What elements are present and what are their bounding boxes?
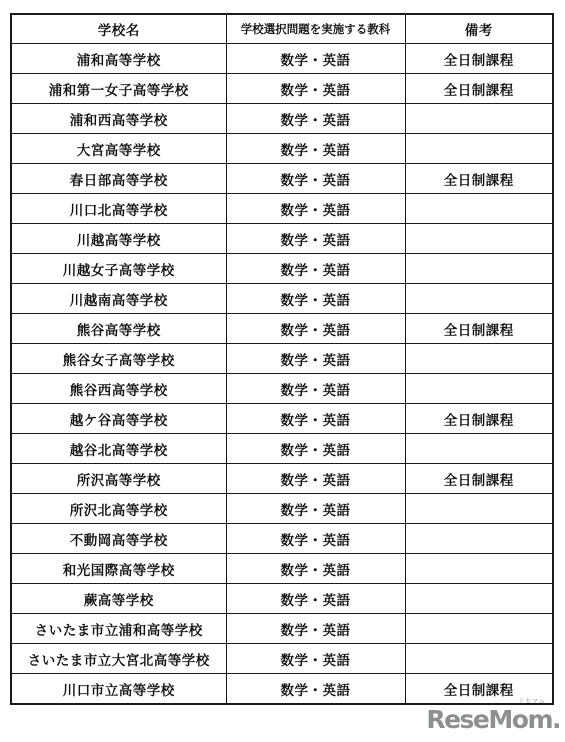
page: 学校名 学校選択問題を実施する教科 備考 浦和高等学校数学・英語全日制課程浦和第… xyxy=(0,0,565,742)
note-cell xyxy=(405,374,553,404)
note-cell xyxy=(405,584,553,614)
table-row: 大宮高等学校数学・英語 xyxy=(11,134,553,164)
school-cell: 不動岡高等学校 xyxy=(11,524,226,554)
school-cell: 越谷北高等学校 xyxy=(11,434,226,464)
note-cell xyxy=(405,224,553,254)
note-cell xyxy=(405,644,553,674)
school-cell: 所沢北高等学校 xyxy=(11,494,226,524)
school-cell: 川越女子高等学校 xyxy=(11,254,226,284)
note-cell xyxy=(405,494,553,524)
subjects-cell: 数学・英語 xyxy=(226,554,405,584)
table-row: 越谷北高等学校数学・英語 xyxy=(11,434,553,464)
school-cell: 春日部高等学校 xyxy=(11,164,226,194)
table-row: 和光国際高等学校数学・英語 xyxy=(11,554,553,584)
note-cell xyxy=(405,614,553,644)
school-cell: 浦和西高等学校 xyxy=(11,104,226,134)
note-cell xyxy=(405,194,553,224)
resemom-logo: リセマム ReseMom. xyxy=(448,700,560,732)
subjects-cell: 数学・英語 xyxy=(226,404,405,434)
subjects-cell: 数学・英語 xyxy=(226,254,405,284)
table-row: 越ケ谷高等学校数学・英語全日制課程 xyxy=(11,404,553,434)
subjects-cell: 数学・英語 xyxy=(226,644,405,674)
table-header: 学校名 学校選択問題を実施する教科 備考 xyxy=(11,14,553,44)
note-cell: 全日制課程 xyxy=(405,314,553,344)
school-cell: さいたま市立大宮北高等学校 xyxy=(11,644,226,674)
subjects-cell: 数学・英語 xyxy=(226,524,405,554)
table-body: 浦和高等学校数学・英語全日制課程浦和第一女子高等学校数学・英語全日制課程浦和西高… xyxy=(11,44,553,705)
subjects-cell: 数学・英語 xyxy=(226,344,405,374)
table-row: 蕨高等学校数学・英語 xyxy=(11,584,553,614)
column-header-school-name: 学校名 xyxy=(11,14,226,44)
subjects-cell: 数学・英語 xyxy=(226,224,405,254)
subjects-cell: 数学・英語 xyxy=(226,674,405,705)
school-cell: 蕨高等学校 xyxy=(11,584,226,614)
logo-wordmark: ReseMom. xyxy=(426,707,560,732)
table-row: 川越女子高等学校数学・英語 xyxy=(11,254,553,284)
note-cell xyxy=(405,254,553,284)
school-cell: さいたま市立浦和高等学校 xyxy=(11,614,226,644)
subjects-cell: 数学・英語 xyxy=(226,74,405,104)
table-row: 不動岡高等学校数学・英語 xyxy=(11,524,553,554)
school-cell: 所沢高等学校 xyxy=(11,464,226,494)
note-cell xyxy=(405,434,553,464)
table-row: 川口北高等学校数学・英語 xyxy=(11,194,553,224)
subjects-cell: 数学・英語 xyxy=(226,284,405,314)
school-cell: 浦和高等学校 xyxy=(11,44,226,74)
school-cell: 川越高等学校 xyxy=(11,224,226,254)
subjects-cell: 数学・英語 xyxy=(226,434,405,464)
subjects-cell: 数学・英語 xyxy=(226,614,405,644)
note-cell xyxy=(405,134,553,164)
note-cell: 全日制課程 xyxy=(405,74,553,104)
school-cell: 川口北高等学校 xyxy=(11,194,226,224)
note-cell xyxy=(405,344,553,374)
subjects-cell: 数学・英語 xyxy=(226,44,405,74)
note-cell xyxy=(405,524,553,554)
school-cell: 川越南高等学校 xyxy=(11,284,226,314)
table-row: 川越高等学校数学・英語 xyxy=(11,224,553,254)
table-row: 春日部高等学校数学・英語全日制課程 xyxy=(11,164,553,194)
table-row: 所沢北高等学校数学・英語 xyxy=(11,494,553,524)
school-selection-table: 学校名 学校選択問題を実施する教科 備考 浦和高等学校数学・英語全日制課程浦和第… xyxy=(10,13,554,705)
school-cell: 浦和第一女子高等学校 xyxy=(11,74,226,104)
school-cell: 熊谷女子高等学校 xyxy=(11,344,226,374)
note-cell xyxy=(405,104,553,134)
note-cell xyxy=(405,284,553,314)
table-row: 浦和高等学校数学・英語全日制課程 xyxy=(11,44,553,74)
table-row: さいたま市立大宮北高等学校数学・英語 xyxy=(11,644,553,674)
subjects-cell: 数学・英語 xyxy=(226,134,405,164)
subjects-cell: 数学・英語 xyxy=(226,104,405,134)
note-cell: 全日制課程 xyxy=(405,44,553,74)
note-cell: 全日制課程 xyxy=(405,164,553,194)
table-row: 川越南高等学校数学・英語 xyxy=(11,284,553,314)
table-row: 熊谷女子高等学校数学・英語 xyxy=(11,344,553,374)
school-cell: 熊谷高等学校 xyxy=(11,314,226,344)
subjects-cell: 数学・英語 xyxy=(226,314,405,344)
note-cell: 全日制課程 xyxy=(405,464,553,494)
header-row: 学校名 学校選択問題を実施する教科 備考 xyxy=(11,14,553,44)
subjects-cell: 数学・英語 xyxy=(226,584,405,614)
table-row: さいたま市立浦和高等学校数学・英語 xyxy=(11,614,553,644)
table-row: 熊谷西高等学校数学・英語 xyxy=(11,374,553,404)
table-row: 所沢高等学校数学・英語全日制課程 xyxy=(11,464,553,494)
school-cell: 越ケ谷高等学校 xyxy=(11,404,226,434)
subjects-cell: 数学・英語 xyxy=(226,494,405,524)
note-cell xyxy=(405,554,553,584)
column-header-subjects: 学校選択問題を実施する教科 xyxy=(226,14,405,44)
subjects-cell: 数学・英語 xyxy=(226,374,405,404)
table-row: 浦和第一女子高等学校数学・英語全日制課程 xyxy=(11,74,553,104)
school-cell: 川口市立高等学校 xyxy=(11,674,226,705)
school-cell: 和光国際高等学校 xyxy=(11,554,226,584)
table-row: 浦和西高等学校数学・英語 xyxy=(11,104,553,134)
school-cell: 熊谷西高等学校 xyxy=(11,374,226,404)
table-row: 熊谷高等学校数学・英語全日制課程 xyxy=(11,314,553,344)
subjects-cell: 数学・英語 xyxy=(226,164,405,194)
subjects-cell: 数学・英語 xyxy=(226,464,405,494)
school-cell: 大宮高等学校 xyxy=(11,134,226,164)
note-cell: 全日制課程 xyxy=(405,404,553,434)
column-header-note: 備考 xyxy=(405,14,553,44)
subjects-cell: 数学・英語 xyxy=(226,194,405,224)
